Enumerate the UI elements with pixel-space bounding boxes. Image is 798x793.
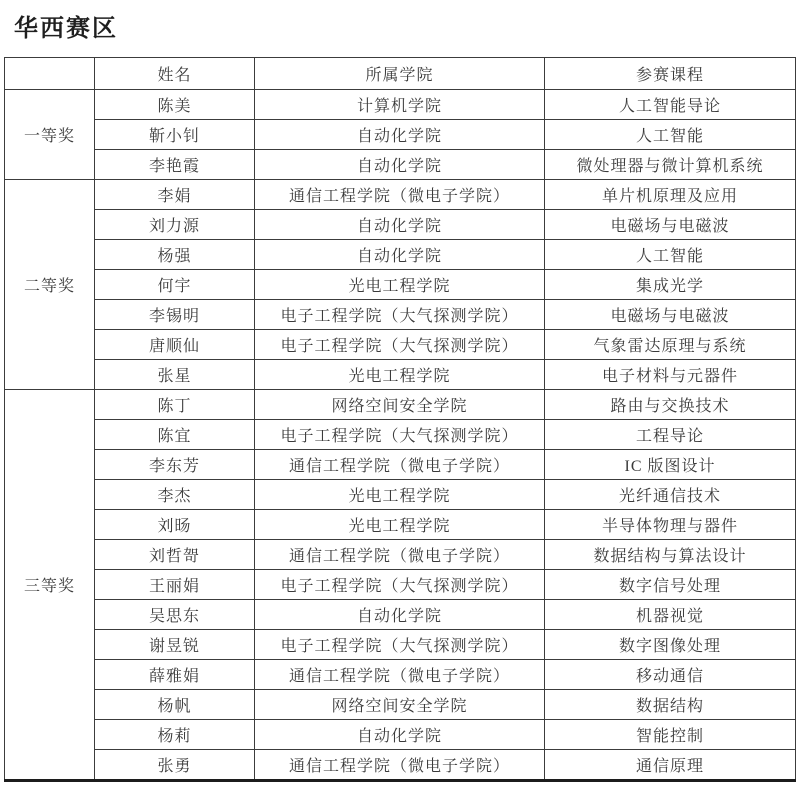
cell-course: 电磁场与电磁波 — [545, 210, 796, 240]
table-row: 李东芳 通信工程学院（微电子学院） IC 版图设计 — [5, 450, 796, 480]
cell-course: 人工智能 — [545, 120, 796, 150]
table-row: 吴思东 自动化学院 机器视觉 — [5, 600, 796, 630]
cell-name: 李锡明 — [95, 300, 255, 330]
table-row: 何宇 光电工程学院 集成光学 — [5, 270, 796, 300]
cell-college: 光电工程学院 — [255, 480, 545, 510]
cell-name: 陈美 — [95, 90, 255, 120]
cell-course: 电磁场与电磁波 — [545, 300, 796, 330]
cell-name: 陈丁 — [95, 390, 255, 420]
table-row: 张勇 通信工程学院（微电子学院） 通信原理 — [5, 750, 796, 781]
cell-college: 电子工程学院（大气探测学院） — [255, 330, 545, 360]
cell-course: 气象雷达原理与系统 — [545, 330, 796, 360]
cell-college: 自动化学院 — [255, 240, 545, 270]
cell-name: 刘力源 — [95, 210, 255, 240]
cell-name: 吴思东 — [95, 600, 255, 630]
cell-name: 杨帆 — [95, 690, 255, 720]
cell-course: 半导体物理与器件 — [545, 510, 796, 540]
cell-name: 何宇 — [95, 270, 255, 300]
table-row: 王丽娟 电子工程学院（大气探测学院） 数字信号处理 — [5, 570, 796, 600]
cell-name: 李娟 — [95, 180, 255, 210]
cell-course: 通信原理 — [545, 750, 796, 781]
table-row: 杨帆 网络空间安全学院 数据结构 — [5, 690, 796, 720]
cell-college: 电子工程学院（大气探测学院） — [255, 420, 545, 450]
cell-name: 李东芳 — [95, 450, 255, 480]
cell-name: 靳小钊 — [95, 120, 255, 150]
cell-college: 通信工程学院（微电子学院） — [255, 540, 545, 570]
cell-college: 光电工程学院 — [255, 270, 545, 300]
header-tier — [5, 58, 95, 90]
cell-course: 集成光学 — [545, 270, 796, 300]
table-body: 一等奖 陈美 计算机学院 人工智能导论 靳小钊 自动化学院 人工智能 李艳霞 自… — [5, 90, 796, 781]
cell-college: 自动化学院 — [255, 720, 545, 750]
table-row: 刘哲哿 通信工程学院（微电子学院） 数据结构与算法设计 — [5, 540, 796, 570]
cell-college: 网络空间安全学院 — [255, 390, 545, 420]
header-college: 所属学院 — [255, 58, 545, 90]
cell-course: 光纤通信技术 — [545, 480, 796, 510]
cell-college: 通信工程学院（微电子学院） — [255, 660, 545, 690]
cell-name: 谢昱锐 — [95, 630, 255, 660]
cell-college: 电子工程学院（大气探测学院） — [255, 630, 545, 660]
page-title: 华西赛区 — [14, 8, 798, 43]
cell-name: 薛雅娟 — [95, 660, 255, 690]
cell-name: 李艳霞 — [95, 150, 255, 180]
table-row: 三等奖 陈丁 网络空间安全学院 路由与交换技术 — [5, 390, 796, 420]
cell-college: 自动化学院 — [255, 150, 545, 180]
table-row: 杨强 自动化学院 人工智能 — [5, 240, 796, 270]
cell-college: 自动化学院 — [255, 210, 545, 240]
cell-college: 自动化学院 — [255, 600, 545, 630]
cell-course: 单片机原理及应用 — [545, 180, 796, 210]
tier-cell-second-prize: 二等奖 — [5, 180, 95, 390]
cell-college: 光电工程学院 — [255, 360, 545, 390]
cell-college: 自动化学院 — [255, 120, 545, 150]
cell-course: 人工智能 — [545, 240, 796, 270]
cell-college: 网络空间安全学院 — [255, 690, 545, 720]
cell-course: 路由与交换技术 — [545, 390, 796, 420]
cell-course: 智能控制 — [545, 720, 796, 750]
cell-name: 张勇 — [95, 750, 255, 781]
cell-course: 电子材料与元器件 — [545, 360, 796, 390]
cell-college: 电子工程学院（大气探测学院） — [255, 300, 545, 330]
header-course: 参赛课程 — [545, 58, 796, 90]
header-row: 姓名 所属学院 参赛课程 — [5, 58, 796, 90]
cell-course: 机器视觉 — [545, 600, 796, 630]
tier-cell-first-prize: 一等奖 — [5, 90, 95, 180]
table-row: 二等奖 李娟 通信工程学院（微电子学院） 单片机原理及应用 — [5, 180, 796, 210]
table-row: 李锡明 电子工程学院（大气探测学院） 电磁场与电磁波 — [5, 300, 796, 330]
table-row: 唐顺仙 电子工程学院（大气探测学院） 气象雷达原理与系统 — [5, 330, 796, 360]
cell-college: 光电工程学院 — [255, 510, 545, 540]
table-row: 谢昱锐 电子工程学院（大气探测学院） 数字图像处理 — [5, 630, 796, 660]
cell-college: 通信工程学院（微电子学院） — [255, 180, 545, 210]
header-name: 姓名 — [95, 58, 255, 90]
table-row: 张星 光电工程学院 电子材料与元器件 — [5, 360, 796, 390]
cell-college: 通信工程学院（微电子学院） — [255, 450, 545, 480]
cell-name: 张星 — [95, 360, 255, 390]
table-row: 刘力源 自动化学院 电磁场与电磁波 — [5, 210, 796, 240]
cell-name: 杨莉 — [95, 720, 255, 750]
cell-college: 电子工程学院（大气探测学院） — [255, 570, 545, 600]
cell-name: 陈宜 — [95, 420, 255, 450]
cell-course: 微处理器与微计算机系统 — [545, 150, 796, 180]
table-row: 李杰 光电工程学院 光纤通信技术 — [5, 480, 796, 510]
cell-college: 计算机学院 — [255, 90, 545, 120]
cell-name: 王丽娟 — [95, 570, 255, 600]
cell-course: IC 版图设计 — [545, 450, 796, 480]
cell-course: 数字图像处理 — [545, 630, 796, 660]
cell-name: 李杰 — [95, 480, 255, 510]
cell-name: 刘旸 — [95, 510, 255, 540]
table-row: 陈宜 电子工程学院（大气探测学院） 工程导论 — [5, 420, 796, 450]
cell-course: 工程导论 — [545, 420, 796, 450]
table-header: 姓名 所属学院 参赛课程 — [5, 58, 796, 90]
cell-course: 人工智能导论 — [545, 90, 796, 120]
table-row: 一等奖 陈美 计算机学院 人工智能导论 — [5, 90, 796, 120]
table-row: 靳小钊 自动化学院 人工智能 — [5, 120, 796, 150]
table-row: 李艳霞 自动化学院 微处理器与微计算机系统 — [5, 150, 796, 180]
cell-course: 数据结构 — [545, 690, 796, 720]
cell-course: 移动通信 — [545, 660, 796, 690]
table-row: 刘旸 光电工程学院 半导体物理与器件 — [5, 510, 796, 540]
table-row: 杨莉 自动化学院 智能控制 — [5, 720, 796, 750]
cell-course: 数字信号处理 — [545, 570, 796, 600]
tier-cell-third-prize: 三等奖 — [5, 390, 95, 781]
table-row: 薛雅娟 通信工程学院（微电子学院） 移动通信 — [5, 660, 796, 690]
cell-college: 通信工程学院（微电子学院） — [255, 750, 545, 781]
cell-name: 唐顺仙 — [95, 330, 255, 360]
award-results-table: 姓名 所属学院 参赛课程 一等奖 陈美 计算机学院 人工智能导论 靳小钊 自动化… — [4, 57, 796, 782]
cell-course: 数据结构与算法设计 — [545, 540, 796, 570]
cell-name: 刘哲哿 — [95, 540, 255, 570]
cell-name: 杨强 — [95, 240, 255, 270]
